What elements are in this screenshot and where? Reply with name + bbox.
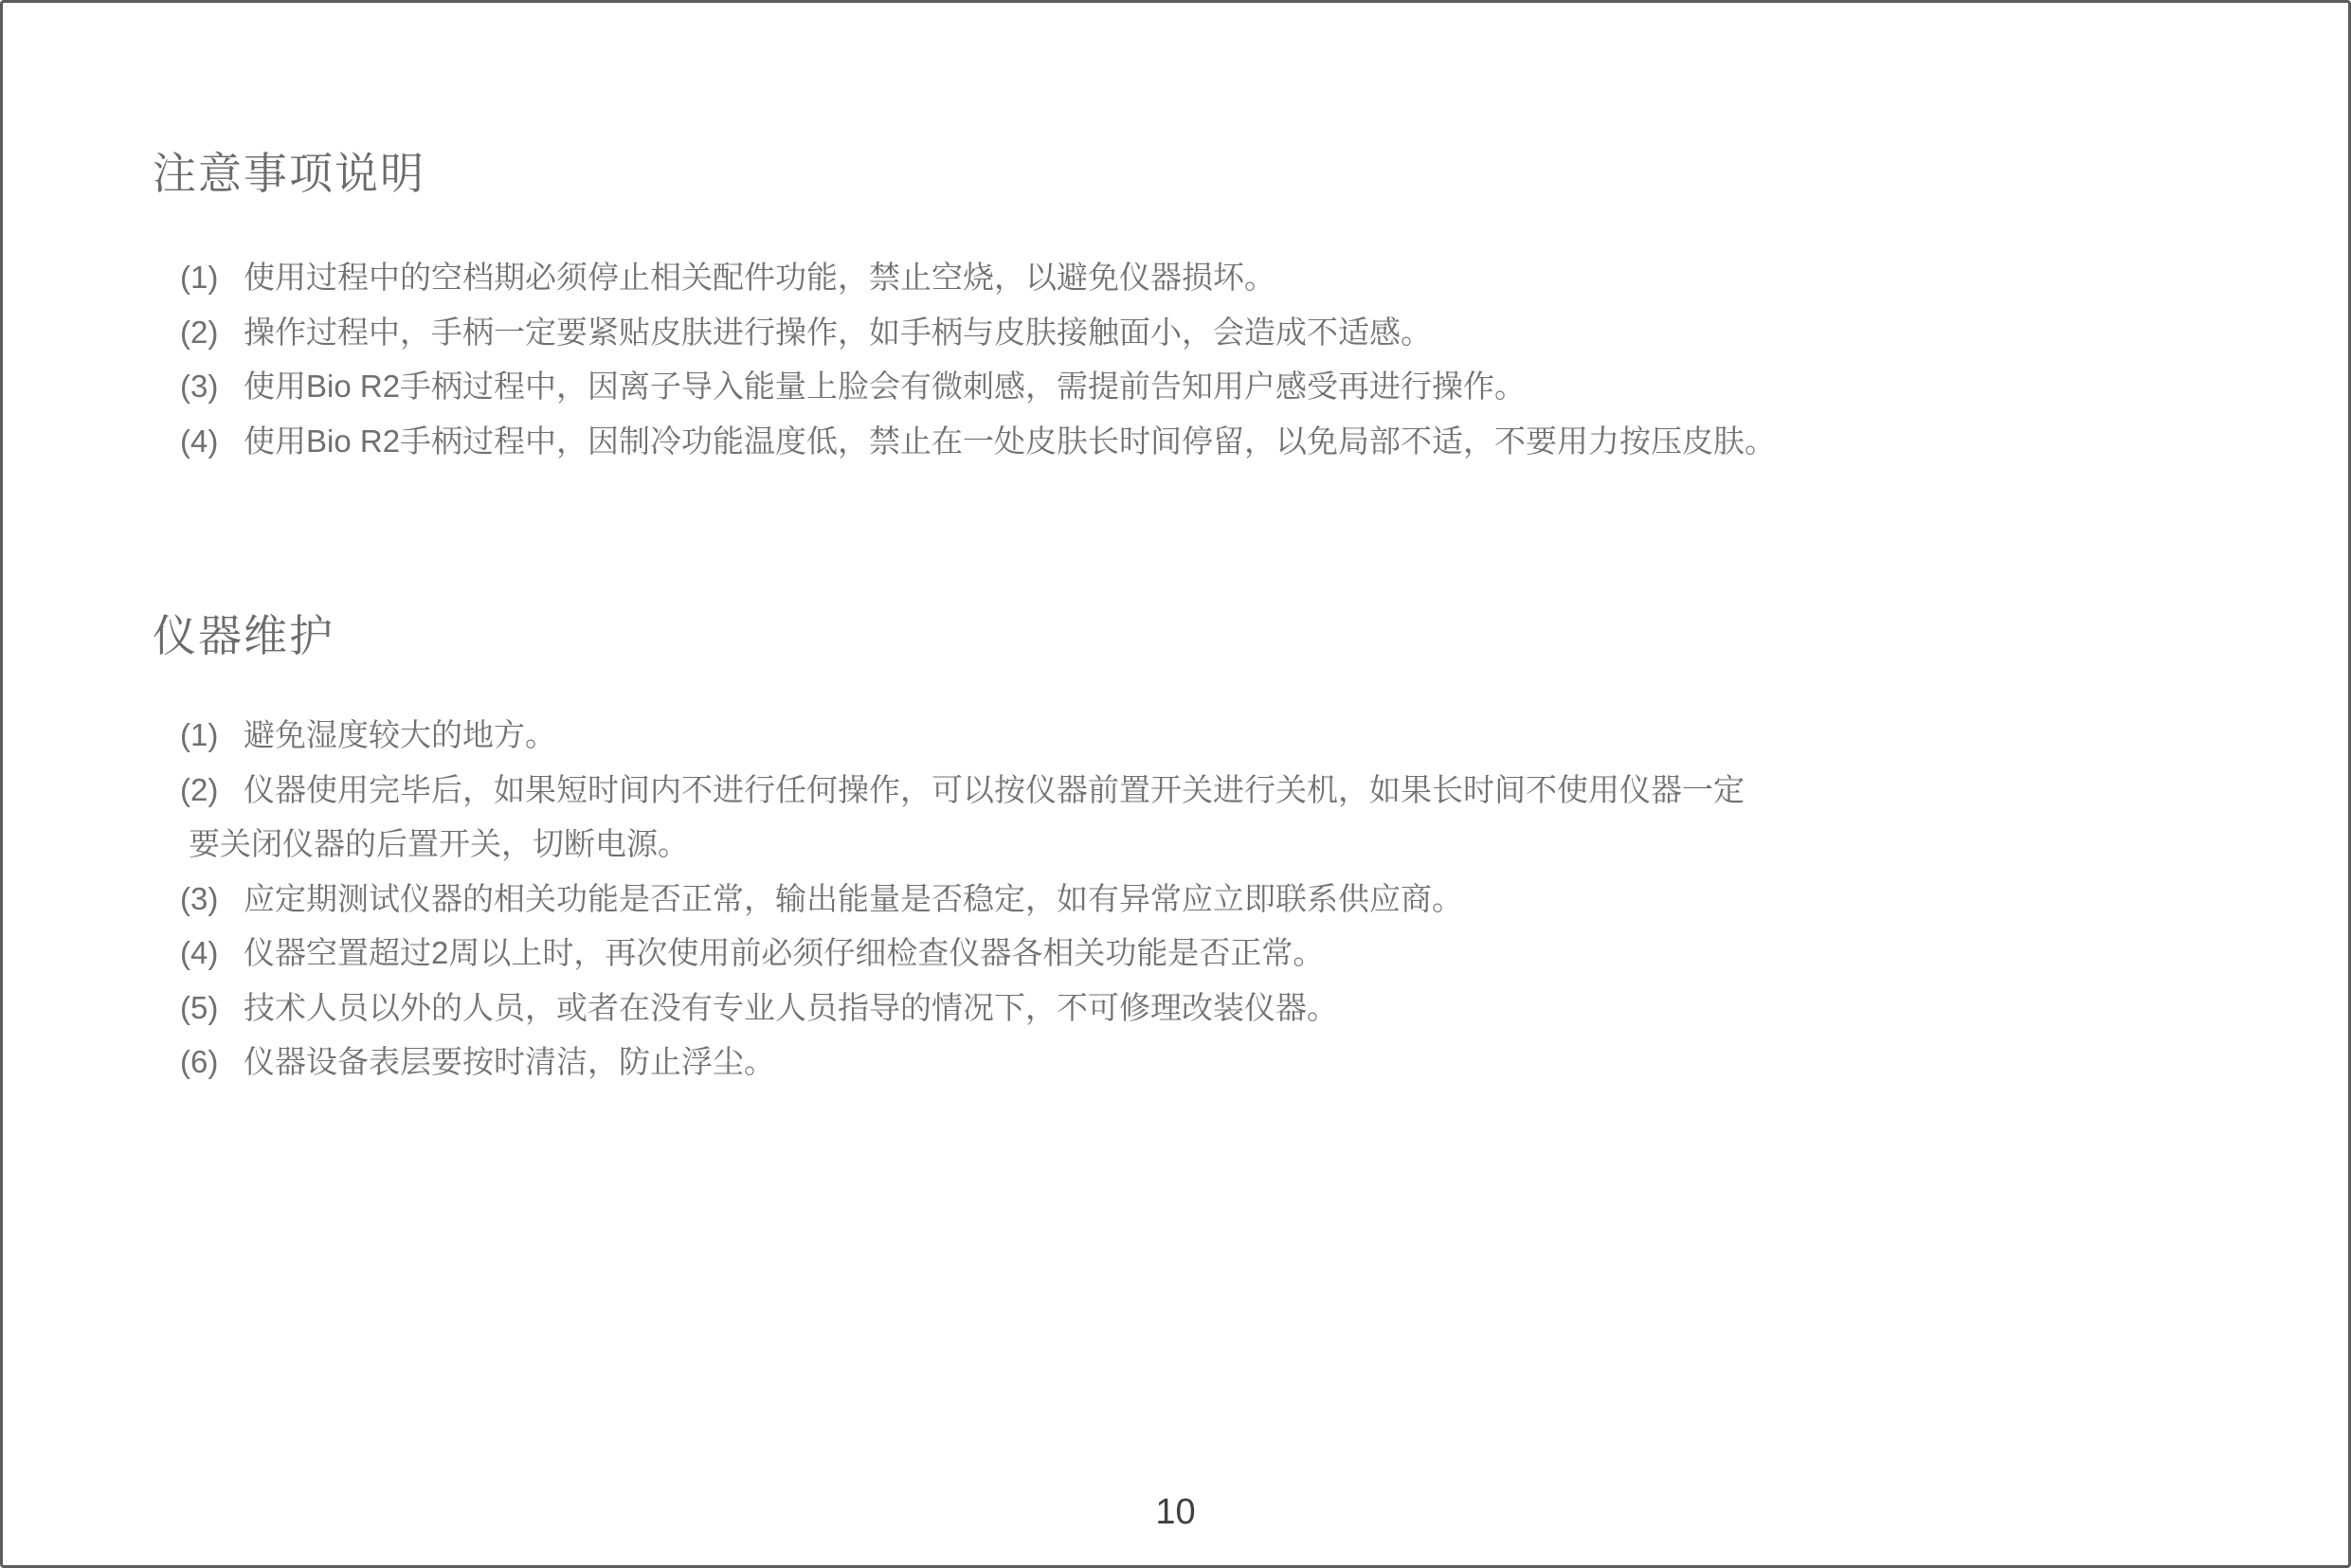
item-text: 使用Bio R2手柄过程中，因离子导入能量上脸会有微刺感，需提前告知用户感受再进…	[244, 369, 1526, 404]
page-content: 注意事项说明 (1)使用过程中的空档期必须停止相关配件功能，禁止空烧，以避免仪器…	[3, 145, 2348, 1090]
list-item: (2)仪器使用完毕后，如果短时间内不进行任何操作，可以按仪器前置开关进行关机，如…	[180, 763, 2291, 872]
list-item: (3)应定期测试仪器的相关功能是否正常，输出能量是否稳定，如有异常应立即联系供应…	[180, 872, 2291, 927]
list-item: (1)避免湿度较大的地方。	[180, 708, 2291, 763]
item-marker: (1)	[180, 708, 244, 763]
maintenance-title: 仪器维护	[153, 607, 2291, 664]
maintenance-list: (1)避免湿度较大的地方。 (2)仪器使用完毕后，如果短时间内不进行任何操作，可…	[153, 708, 2291, 1090]
item-text: 使用过程中的空档期必须停止相关配件功能，禁止空烧，以避免仪器损坏。	[244, 260, 1275, 295]
list-item: (2)操作过程中，手柄一定要紧贴皮肤进行操作，如手柄与皮肤接触面小，会造成不适感…	[180, 305, 2291, 360]
precautions-title: 注意事项说明	[153, 145, 2291, 202]
item-marker: (4)	[180, 926, 244, 981]
item-marker: (1)	[180, 250, 244, 305]
item-marker: (2)	[180, 763, 244, 818]
document-page: 注意事项说明 (1)使用过程中的空档期必须停止相关配件功能，禁止空烧，以避免仪器…	[0, 0, 2351, 1568]
item-marker: (6)	[180, 1035, 244, 1090]
section-precautions: 注意事项说明 (1)使用过程中的空档期必须停止相关配件功能，禁止空烧，以避免仪器…	[153, 145, 2291, 468]
item-text: 仪器空置超过2周以上时，再次使用前必须仔细检查仪器各相关功能是否正常。	[244, 935, 1324, 970]
item-text: 仪器使用完毕后，如果短时间内不进行任何操作，可以按仪器前置开关进行关机，如果长时…	[244, 772, 1745, 807]
item-text-continuation: 要关闭仪器的后置开关，切断电源。	[180, 817, 2291, 872]
item-text: 应定期测试仪器的相关功能是否正常，输出能量是否稳定，如有异常应立即联系供应商。	[244, 881, 1463, 916]
list-item: (3)使用Bio R2手柄过程中，因离子导入能量上脸会有微刺感，需提前告知用户感…	[180, 359, 2291, 414]
item-marker: (4)	[180, 414, 244, 469]
section-maintenance: 仪器维护 (1)避免湿度较大的地方。 (2)仪器使用完毕后，如果短时间内不进行任…	[153, 607, 2291, 1090]
item-text: 操作过程中，手柄一定要紧贴皮肤进行操作，如手柄与皮肤接触面小，会造成不适感。	[244, 315, 1432, 350]
list-item: (4)使用Bio R2手柄过程中，因制冷功能温度低，禁止在一处皮肤长时间停留，以…	[180, 414, 2291, 469]
item-text: 仪器设备表层要按时清洁，防止浮尘。	[244, 1044, 775, 1079]
item-text: 技术人员以外的人员，或者在没有专业人员指导的情况下，不可修理改装仪器。	[244, 990, 1338, 1025]
item-marker: (3)	[180, 872, 244, 927]
item-text: 避免湿度较大的地方。	[244, 717, 556, 752]
item-marker: (3)	[180, 359, 244, 414]
item-text: 使用Bio R2手柄过程中，因制冷功能温度低，禁止在一处皮肤长时间停留，以免局部…	[244, 424, 1776, 459]
list-item: (5)技术人员以外的人员，或者在没有专业人员指导的情况下，不可修理改装仪器。	[180, 981, 2291, 1036]
list-item: (4)仪器空置超过2周以上时，再次使用前必须仔细检查仪器各相关功能是否正常。	[180, 926, 2291, 981]
page-number: 10	[1155, 1493, 1195, 1531]
list-item: (6)仪器设备表层要按时清洁，防止浮尘。	[180, 1035, 2291, 1090]
item-marker: (2)	[180, 305, 244, 360]
item-marker: (5)	[180, 981, 244, 1036]
list-item: (1)使用过程中的空档期必须停止相关配件功能，禁止空烧，以避免仪器损坏。	[180, 250, 2291, 305]
precautions-list: (1)使用过程中的空档期必须停止相关配件功能，禁止空烧，以避免仪器损坏。 (2)…	[153, 250, 2291, 468]
